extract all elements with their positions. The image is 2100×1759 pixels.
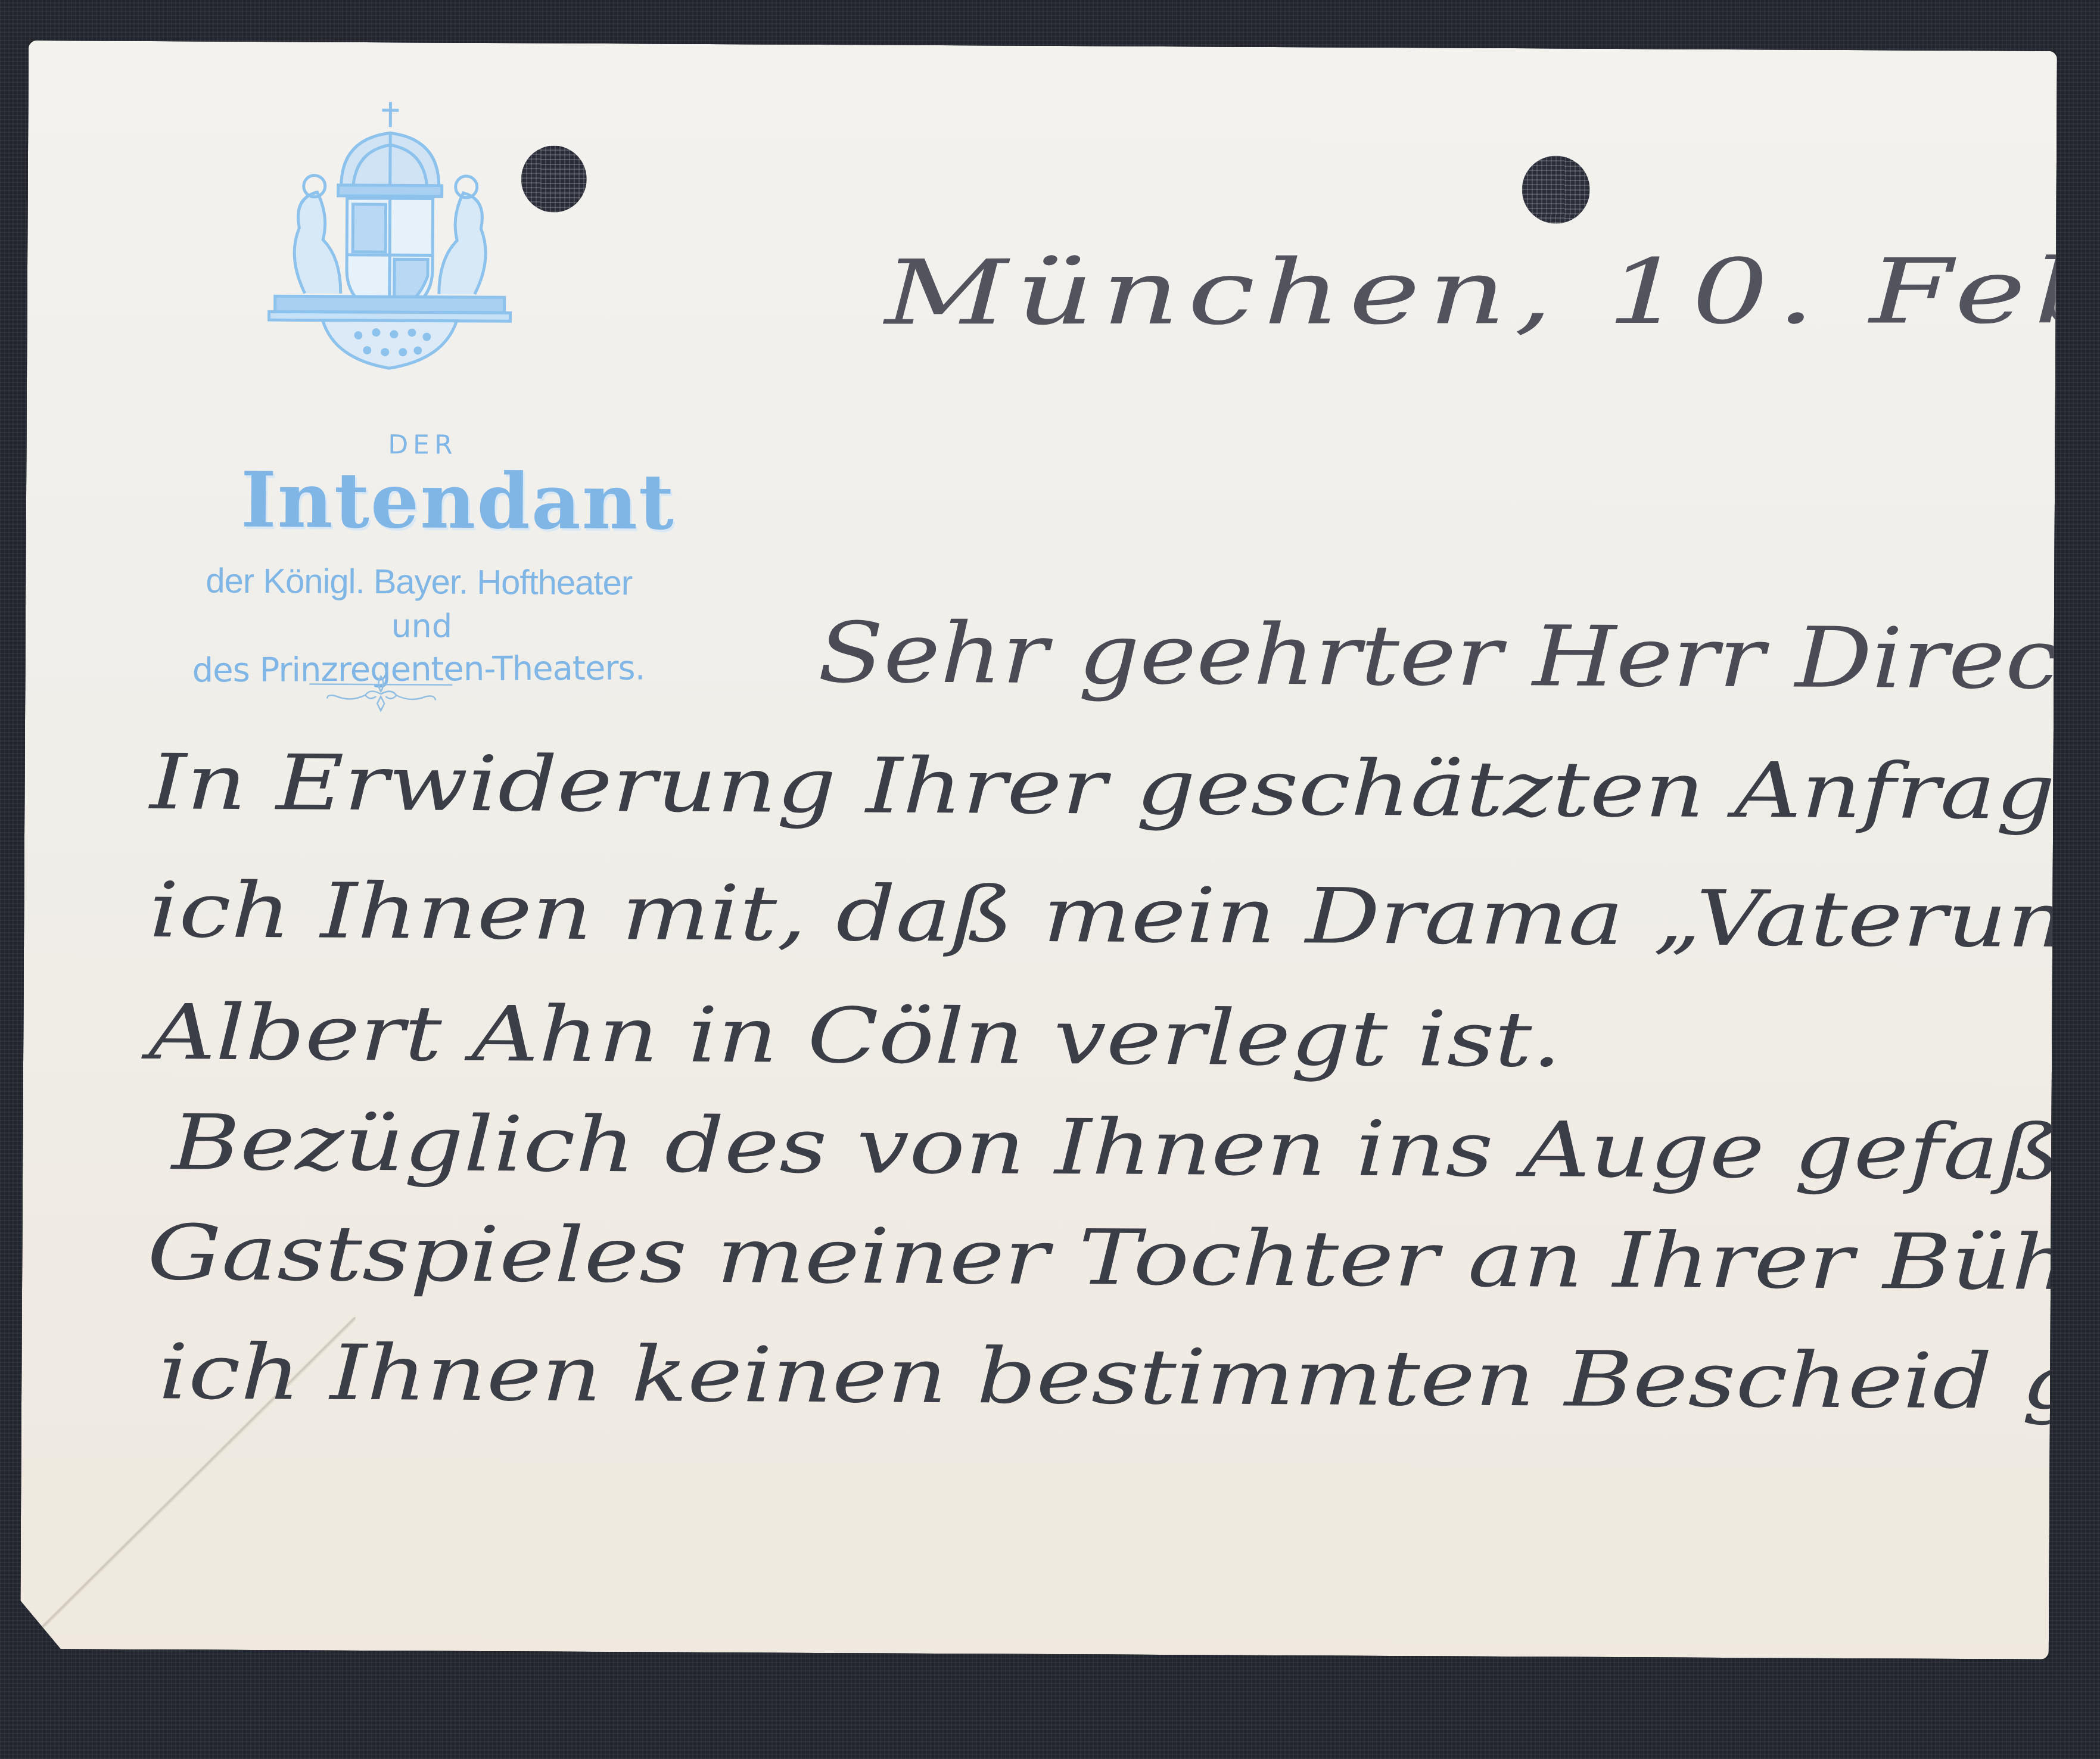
- fleur-de-lis-divider-icon: [303, 673, 458, 715]
- letter-body-line: Bezüglich des von Ihnen ins Auge gefaßte…: [172, 1098, 2100, 1198]
- letter-body-line: ich Ihnen keinen bestimmten Bescheid geb…: [158, 1328, 2100, 1428]
- letterhead-intendant: Intendant: [241, 459, 617, 544]
- letter-body-line: In Erwiderung Ihrer geschätzten Anfrage …: [150, 738, 2100, 838]
- bavarian-royal-coat-of-arms-icon: [251, 96, 529, 372]
- punch-hole-left: [521, 145, 587, 213]
- letter-card: DER Intendant der Königl. Bayer. Hofthea…: [20, 41, 2057, 1660]
- letter-place-date: München, 10. Februar 1905.: [884, 239, 2100, 345]
- letter-body-line: Gastspieles meiner Tochter an Ihrer Bühn…: [147, 1209, 2100, 1309]
- punch-hole-right: [1522, 155, 1590, 224]
- letterhead-hoftheater: der Königl. Bayer. Hoftheater: [139, 561, 699, 603]
- letter-body-line: ich Ihnen mit, daß mein Drama „Vaterunse…: [149, 866, 2100, 967]
- letter-salutation: Sehr geehrter Herr Director!: [817, 605, 2100, 709]
- letter-body-line: Albert Ahn in Cöln verlegt ist.: [148, 988, 1562, 1084]
- letterhead-und: und: [359, 607, 484, 645]
